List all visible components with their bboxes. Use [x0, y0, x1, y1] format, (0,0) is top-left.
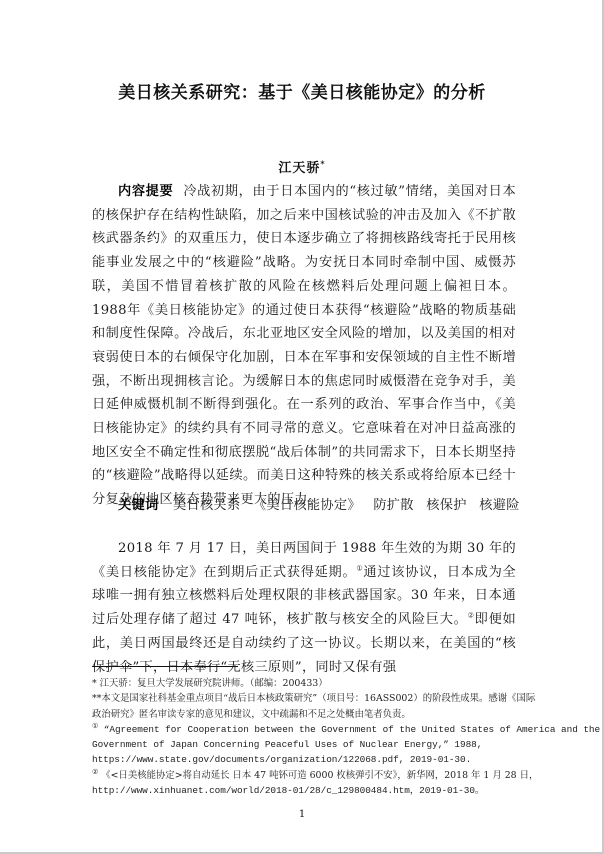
page-number: 1 [0, 809, 604, 820]
keyword: 《美日核能协定》 [253, 498, 361, 513]
abstract-text: 冷战初期，由于日本国内的“核过敏”情绪，美国对日本的核保护存在结构性缺陷，加之后… [92, 184, 516, 507]
footnote-1: ① “Agreement for Cooperation between the… [92, 722, 522, 737]
keyword: 防扩散 [373, 498, 413, 513]
abstract-label: 内容提要 [118, 184, 173, 199]
footnote-separator [92, 666, 238, 667]
keyword: 核保护 [426, 498, 466, 513]
footnote-author: * 江天骄：复旦大学发展研究院讲师。（邮编：200433） [92, 676, 522, 691]
footnote-1-link[interactable]: https://www.state.gov/documents/organiza… [92, 752, 522, 767]
body-paragraph: 2018 年 7 月 17 日，美日两国间于 1988 年生效的为期 30 年的… [92, 537, 516, 679]
footnote-2-link[interactable]: http://www.xinhuanet.com/world/2018-01/2… [92, 783, 522, 798]
document-page: 美日核关系研究：基于《美日核能协定》的分析 江天骄* 内容提要冷战初期，由于日本… [0, 0, 604, 854]
keyword: 核避险 [479, 498, 519, 513]
footnote-funding: **本文是国家社科基金重点项目“战后日本核政策研究”（项目号：16ASS002）… [92, 691, 522, 706]
abstract: 内容提要冷战初期，由于日本国内的“核过敏”情绪，美国对日本的核保护存在结构性缺陷… [92, 180, 516, 512]
author-name: 江天骄 [278, 161, 320, 176]
keywords-line: 关键词 美日核关系 《美日核能协定》 防扩散 核保护 核避险 [118, 494, 528, 513]
keywords-label: 关键词 [118, 498, 158, 513]
keyword: 美日核关系 [173, 498, 240, 513]
footnote-funding-cont: 政治研究》匿名审读专家的意见和建议，文中疏漏和不足之处概由笔者负责。 [92, 707, 522, 722]
author-line: 江天骄* [0, 157, 604, 176]
paper-title: 美日核关系研究：基于《美日核能协定》的分析 [0, 78, 604, 103]
footnote-2: ② 《<日美核能协定>将自动延长 日本 47 吨钚可造 6000 枚核弹引不安》… [92, 768, 522, 783]
footnotes: * 江天骄：复旦大学发展研究院讲师。（邮编：200433） **本文是国家社科基… [92, 676, 522, 798]
footnote-ref-2[interactable]: ② [468, 612, 475, 620]
author-footnote-mark: * [320, 159, 325, 169]
footnote-1-cont: Government of Japan Concerning Peaceful … [92, 737, 522, 752]
